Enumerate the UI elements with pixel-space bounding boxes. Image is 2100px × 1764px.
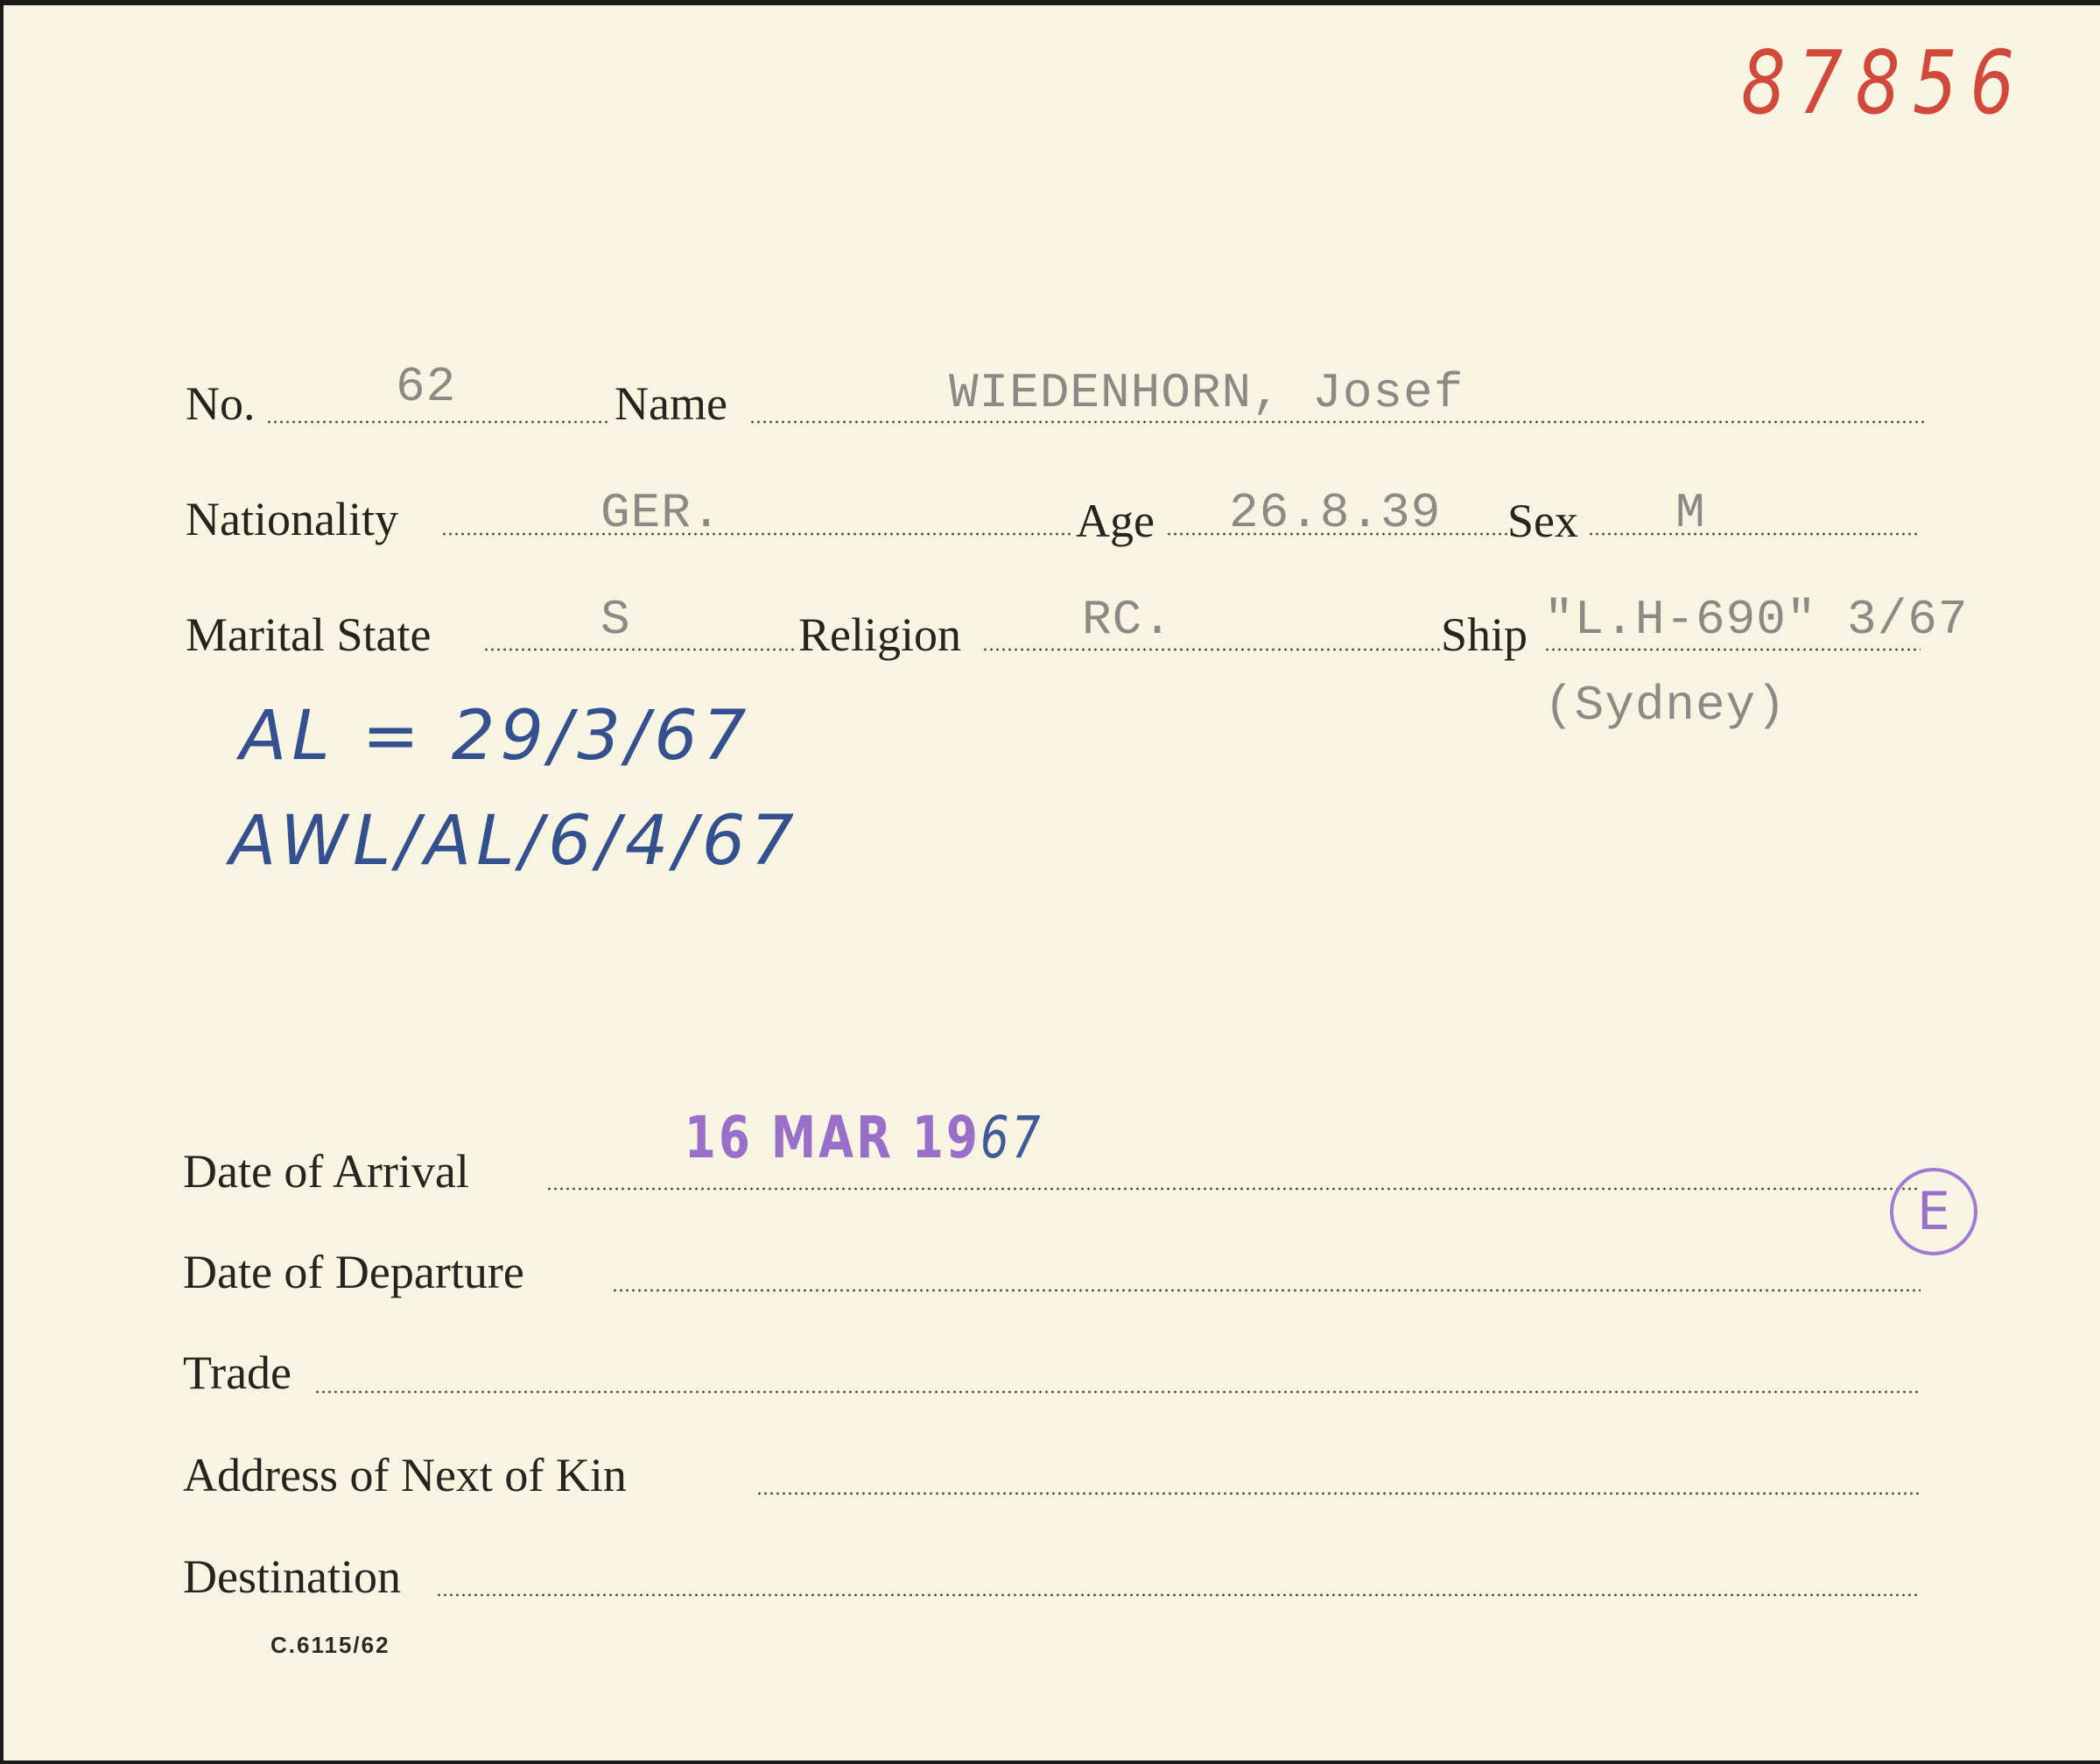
ship-port-value: (Sydney) <box>1544 681 1787 730</box>
no-value: 62 <box>396 362 456 411</box>
nationality-dotted-line <box>441 532 1073 536</box>
sex-dotted-line <box>1588 532 1921 536</box>
religion-label: Religion <box>798 611 961 658</box>
sex-value: M <box>1675 488 1706 538</box>
record-card: 87856 No. 62 Name WIEDENHORN, Josef Nati… <box>4 5 2100 1760</box>
destination-label: Destination <box>183 1553 401 1600</box>
ship-value: "L.H-690" 3/67 <box>1544 595 1968 644</box>
sex-label: Sex <box>1507 497 1578 545</box>
marital-state-value: S <box>601 595 631 644</box>
ship-dotted-line <box>1544 648 1921 651</box>
handwritten-note-al: AL = 29/3/67 <box>240 697 751 776</box>
religion-dotted-line <box>982 648 1441 651</box>
age-value: 26.8.39 <box>1229 488 1441 538</box>
arrival-stamp-handwritten-year: 67 <box>980 1104 1043 1171</box>
ship-label: Ship <box>1441 611 1528 658</box>
address-next-of-kin-dotted-line <box>756 1492 1921 1495</box>
name-label: Name <box>615 380 727 427</box>
trade-label: Trade <box>183 1349 291 1396</box>
nationality-label: Nationality <box>186 495 398 543</box>
date-of-arrival-label: Date of Arrival <box>183 1148 469 1195</box>
no-label: No. <box>186 380 256 427</box>
trade-dotted-line <box>314 1390 1921 1394</box>
marital-state-dotted-line <box>483 648 795 651</box>
marital-state-label: Marital State <box>186 611 431 658</box>
date-of-departure-dotted-line <box>612 1289 1921 1292</box>
destination-dotted-line <box>436 1593 1921 1597</box>
name-value: WIEDENHORN, Josef <box>949 369 1464 418</box>
circle-e-stamp: E <box>1890 1168 1977 1255</box>
date-of-departure-label: Date of Departure <box>183 1248 524 1296</box>
handwritten-note-awl: AWL/AL/6/4/67 <box>229 802 799 881</box>
religion-value: RC. <box>1082 595 1173 644</box>
date-of-arrival-dotted-line <box>546 1187 1921 1191</box>
age-label: Age <box>1076 497 1155 545</box>
arrival-stamp-printed: 16 MAR 19 <box>685 1104 980 1171</box>
reference-number: 87856 <box>1741 32 2027 134</box>
form-code: C.6115/62 <box>270 1632 390 1659</box>
address-next-of-kin-label: Address of Next of Kin <box>183 1451 627 1499</box>
nationality-value: GER. <box>601 488 721 538</box>
no-dotted-line <box>266 420 611 424</box>
arrival-date-stamp: 16 MAR 1967 <box>685 1104 1043 1171</box>
